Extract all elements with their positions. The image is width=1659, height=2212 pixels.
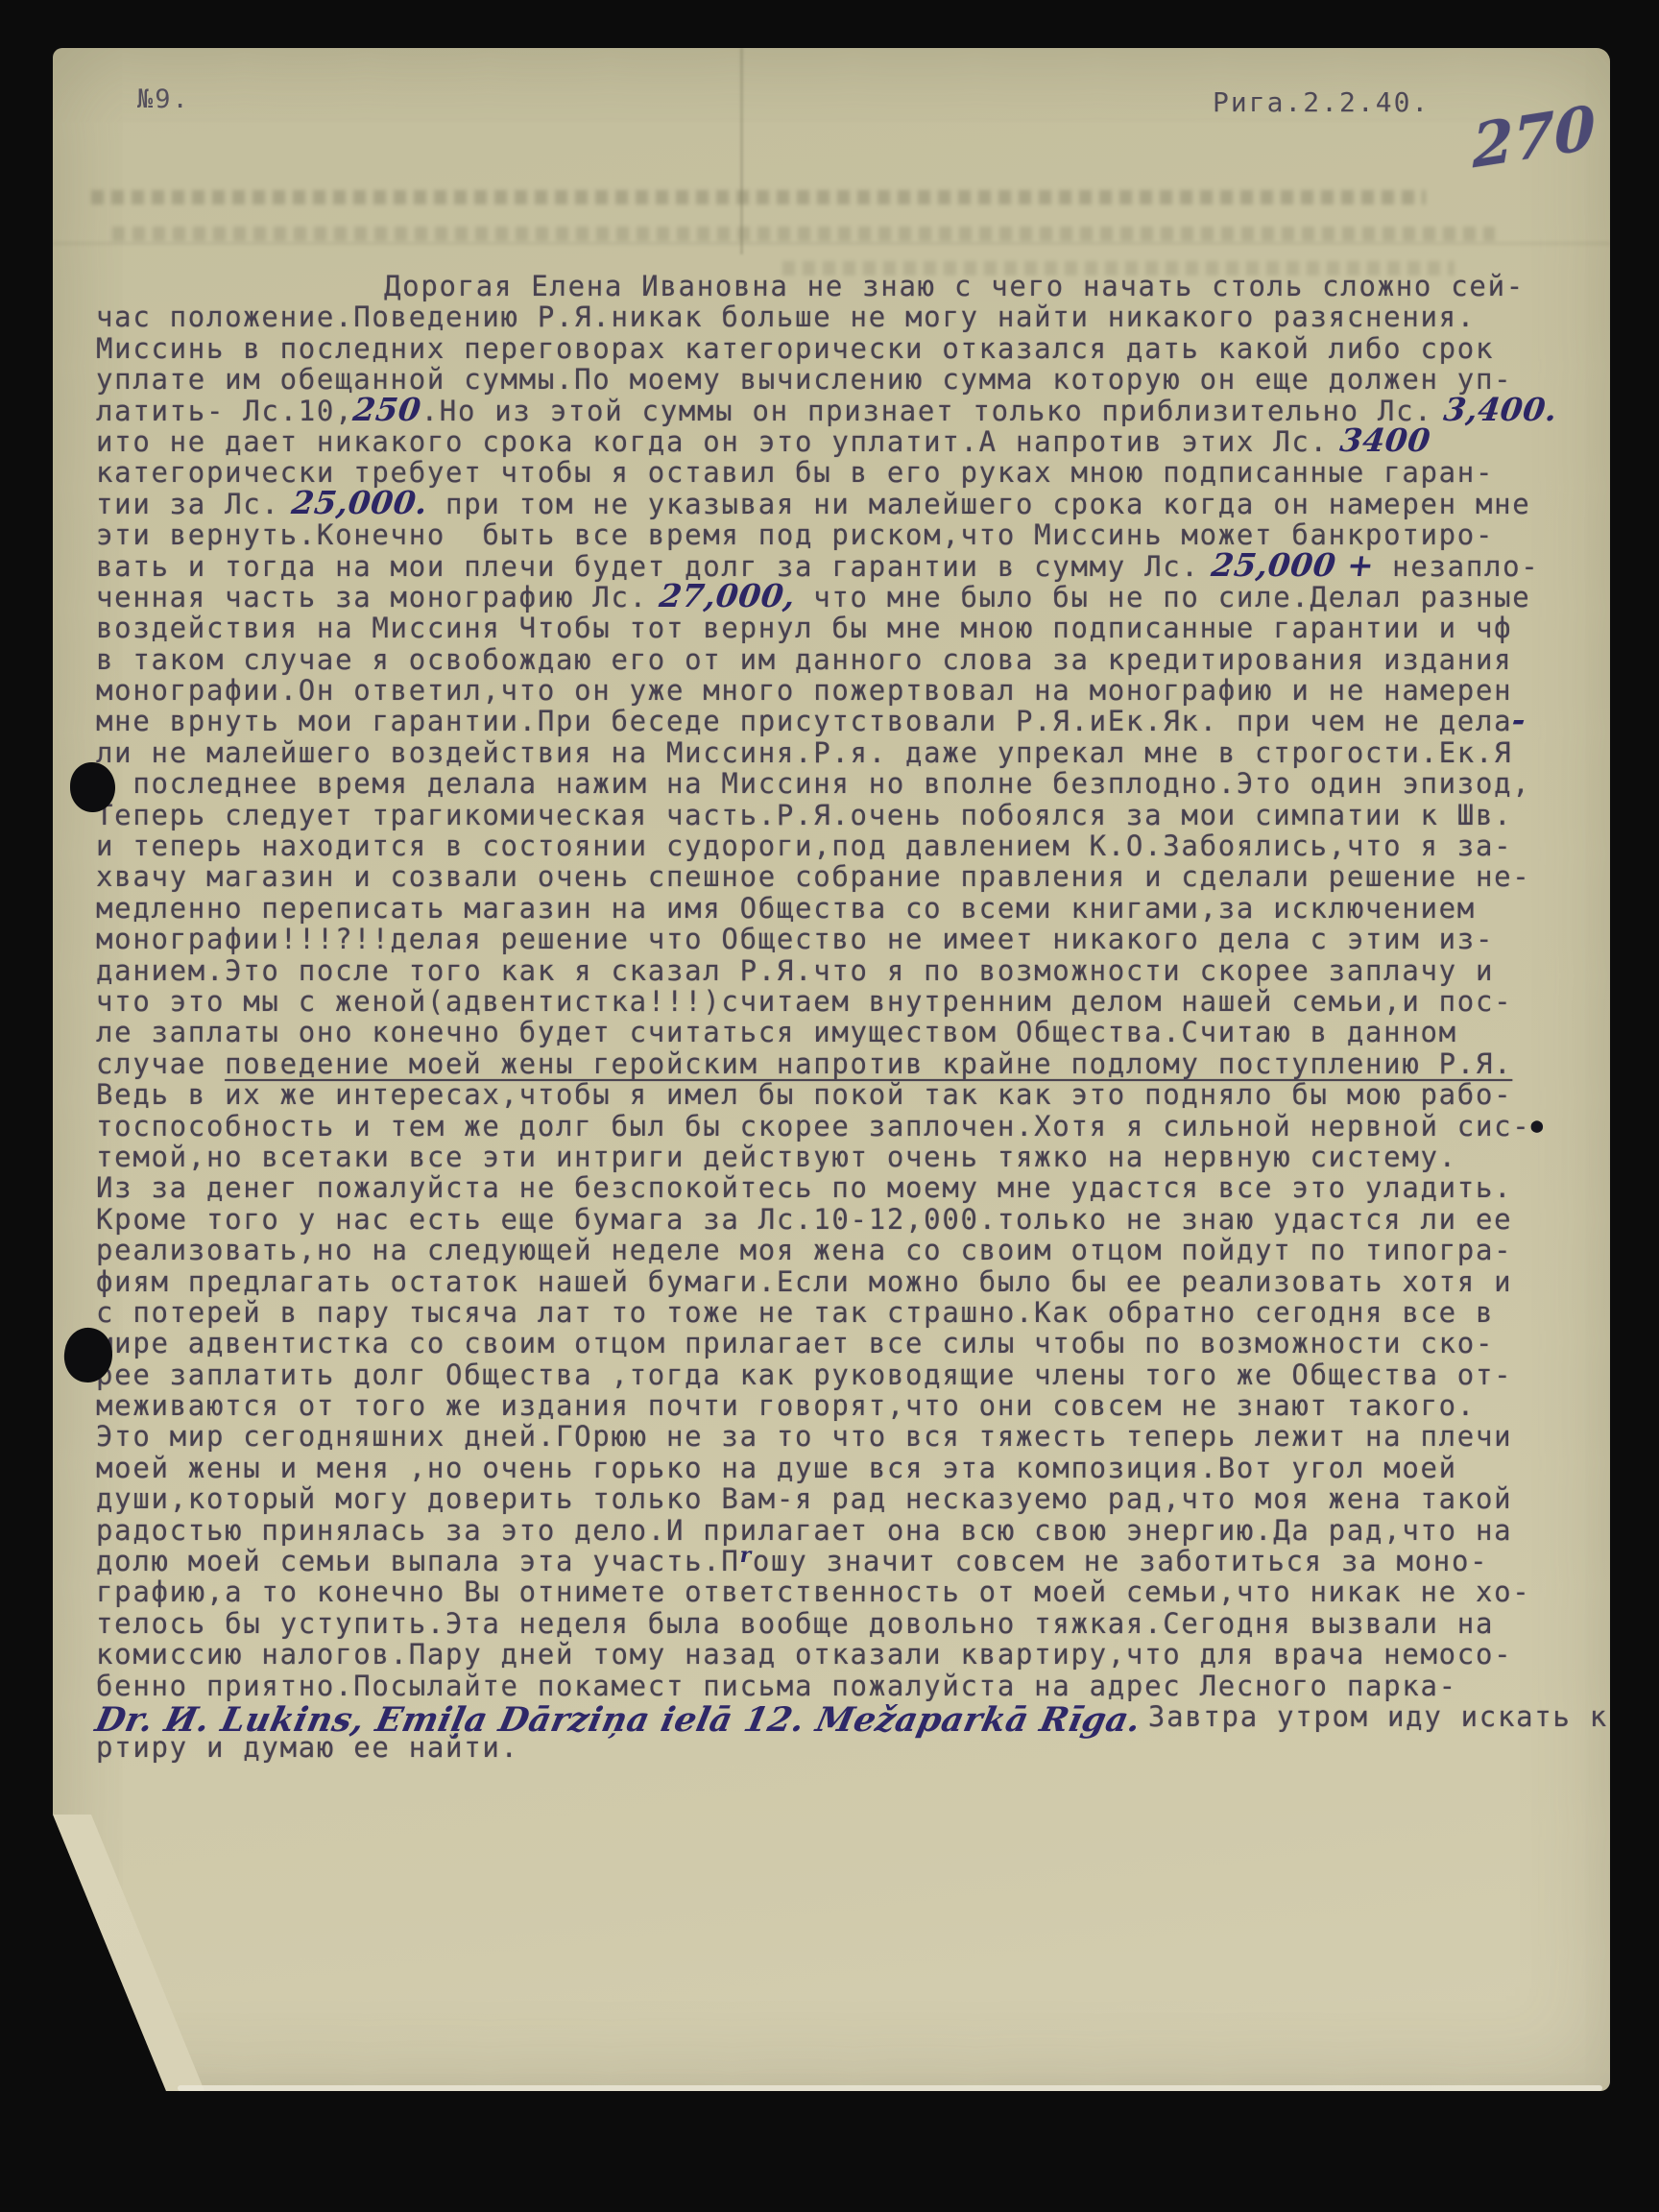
typed-text: медленно переписать магазин на имя Общес… <box>96 892 1476 925</box>
letter-line: Кроме того у нас есть еще бумага за Лс.1… <box>96 1204 1536 1235</box>
scan-background: №9. Рига.2.2.40. 270 Дорогая Елена Ивано… <box>0 0 1659 2212</box>
vertical-crease <box>740 48 743 254</box>
letter-line: ле заплаты оно конечно будет считаться и… <box>96 1017 1536 1047</box>
typed-text: .Но из этой суммы он признает только при… <box>421 395 1433 427</box>
letter-line: комиссию налогов.Пару дней тому назад от… <box>96 1639 1536 1670</box>
typed-text: ли не малейшего воздействия на Миссиня.Р… <box>96 736 1512 769</box>
typed-text: ле заплаты оно конечно будет считаться и… <box>96 1016 1457 1048</box>
typed-text: Ведь в их же интересах,чтобы я имел бы п… <box>96 1078 1512 1111</box>
letter-line: реализовать,но на следующей неделе моя ж… <box>96 1235 1536 1265</box>
typed-text: латить- Лс.10, <box>96 395 353 427</box>
letter-line: бенно приятно.Посылайте покамест письма … <box>96 1671 1536 1701</box>
typed-text: монографии.Он ответил,что он уже много п… <box>96 674 1512 707</box>
typed-text: ито не дает никакого срока когда он это … <box>96 425 1329 458</box>
typed-text: комиссию налогов.Пару дней тому назад от… <box>96 1638 1512 1671</box>
underlined-typed-text: поведение моей жены геройским напротив к… <box>225 1047 1512 1080</box>
typed-text: ошу значит совсем не заботиться за моно- <box>753 1545 1488 1577</box>
letter-page: №9. Рига.2.2.40. 270 Дорогая Елена Ивано… <box>53 48 1610 2091</box>
letter-line: данием.Это после того как я сказал Р.Я.ч… <box>96 955 1536 986</box>
letter-line: души,который могу доверить только Вам-я … <box>96 1483 1536 1514</box>
typed-text: что это мы с женой(адвентистка!!!)считае… <box>96 985 1512 1018</box>
typed-text: данием.Это после того как я сказал Р.Я.ч… <box>96 954 1494 987</box>
bleed-through-smudge <box>112 227 1495 241</box>
typed-text: меживаются от того же издания почти гово… <box>96 1389 1476 1422</box>
letter-line: моей жены и меня ,но очень горько на душ… <box>96 1453 1536 1483</box>
letter-line: долю моей семьи выпала эта участь.Пrошу … <box>96 1546 1536 1576</box>
letter-line: вать и тогда на мои плечи будет долг за … <box>96 551 1536 582</box>
typed-text: случае <box>96 1047 225 1080</box>
typed-text: Теперь следует трагикомическая часть.Р.Я… <box>96 799 1512 831</box>
letter-line: что это мы с женой(адвентистка!!!)считае… <box>96 986 1536 1017</box>
typed-text: тии за Лс. <box>96 488 280 520</box>
typed-text: радостью принялась за это дело.И прилага… <box>96 1514 1512 1547</box>
typed-text: Из за денег пожалуйста не безспокойтесь … <box>96 1171 1512 1204</box>
letter-line: латить- Лс.10,250.Но из этой суммы он пр… <box>96 396 1536 426</box>
typed-text: Дорогая Елена Ивановна не знаю с чего на… <box>384 270 1525 302</box>
typed-text: с потерей в пару тысяча лат то тоже не т… <box>96 1296 1494 1329</box>
letter-line: Dr. И. Lukins, Emiļa Dārziņa ielā 12. Me… <box>96 1701 1536 1732</box>
letter-line: час положение.Поведению Р.Я.никак больше… <box>96 301 1536 332</box>
letter-line: в последнее время делала нажим на Миссин… <box>96 768 1536 799</box>
typed-text: в последнее время делала нажим на Миссин… <box>96 767 1530 800</box>
typed-text: мне врнуть мои гарантии.При беседе прису… <box>96 705 1512 737</box>
letter-line: тоспособность и тем же долг был бы скоре… <box>96 1111 1536 1142</box>
letter-line: меживаются от того же издания почти гово… <box>96 1390 1536 1421</box>
letter-line: ито не дает никакого срока когда он это … <box>96 426 1536 457</box>
typed-text: монографии!!!?!!делая решение что Общест… <box>96 923 1494 955</box>
letter-line: темой,но всетаки все эти интриги действу… <box>96 1142 1536 1172</box>
letter-line: телось бы уступить.Эта неделя была вообщ… <box>96 1608 1536 1639</box>
typed-text: воздействия на Миссиня Чтобы тот вернул … <box>96 612 1512 644</box>
typed-text: хвачу магазин и созвали очень спешное со… <box>96 860 1530 893</box>
letter-line: Это мир сегодняшних дней.ГОрюю не за то … <box>96 1421 1536 1452</box>
typed-text: бенно приятно.Посылайте покамест письма … <box>96 1670 1457 1702</box>
letter-line: мире адвентистка со своим отцом прилагае… <box>96 1328 1536 1358</box>
typed-text: рее заплатить долг Общества ,тогда как р… <box>96 1358 1512 1391</box>
typed-text: Миссинь в последних переговорах категори… <box>96 332 1494 365</box>
letter-line: хвачу магазин и созвали очень спешное со… <box>96 861 1536 892</box>
typed-text: мире адвентистка со своим отцом прилагае… <box>96 1327 1494 1359</box>
letter-line: графию,а то конечно Вы отнимете ответств… <box>96 1576 1536 1607</box>
typed-text: Завтра утром иду искать ква- <box>1148 1700 1659 1733</box>
punch-hole-top <box>70 762 115 812</box>
archive-page-number-handwritten: 270 <box>1472 92 1596 182</box>
letter-line: в таком случае я освобождаю его от им да… <box>96 644 1536 675</box>
typed-text: реализовать,но на следующей неделе моя ж… <box>96 1234 1512 1266</box>
letter-line: Из за денег пожалуйста не безспокойтесь … <box>96 1172 1536 1203</box>
typed-text: фиям предлагать остаток нашей бумаги.Есл… <box>96 1265 1512 1298</box>
letter-line: тии за Лс. 25,000. при том не указывая н… <box>96 489 1536 519</box>
letter-line: медленно переписать магазин на имя Общес… <box>96 893 1536 924</box>
typed-text: графию,а то конечно Вы отнимете ответств… <box>96 1575 1530 1608</box>
letter-line: Миссинь в последних переговорах категори… <box>96 333 1536 364</box>
typed-text: час положение.Поведению Р.Я.никак больше… <box>96 301 1476 333</box>
letter-line: радостью принялась за это дело.И прилага… <box>96 1515 1536 1546</box>
typed-text: телось бы уступить.Эта неделя была вообщ… <box>96 1607 1494 1640</box>
typed-text: вать и тогда на мои плечи будет долг за … <box>96 550 1200 583</box>
typed-text: при том не указывая ни малейшего срока к… <box>427 488 1531 520</box>
typed-text: уплате им обещанной суммы.По моему вычис… <box>96 363 1512 396</box>
letter-line: случае поведение моей жены геройским нап… <box>96 1048 1536 1079</box>
letter-number: №9. <box>137 84 190 114</box>
typed-text: долю моей семьи выпала эта участь.П <box>96 1545 740 1577</box>
typed-text: и теперь находится в состоянии судороги,… <box>96 829 1512 862</box>
letter-line: монографии.Он ответил,что он уже много п… <box>96 675 1536 706</box>
typed-text: в таком случае я освобождаю его от им да… <box>96 643 1512 676</box>
letter-body: Дорогая Елена Ивановна не знаю с чего на… <box>96 271 1536 1764</box>
letter-line: ченная часть за монографию Лс. 27,000, ч… <box>96 582 1536 613</box>
typed-text: моей жены и меня ,но очень горько на душ… <box>96 1452 1457 1484</box>
dateline: Рига.2.2.40. <box>1213 86 1430 118</box>
letter-line: Ведь в их же интересах,чтобы я имел бы п… <box>96 1079 1536 1110</box>
letter-line: ли не малейшего воздействия на Миссиня.Р… <box>96 737 1536 768</box>
typed-text: души,который могу доверить только Вам-я … <box>96 1482 1512 1515</box>
letter-line: уплате им обещанной суммы.По моему вычис… <box>96 364 1536 395</box>
bleed-through-smudge <box>91 190 1426 204</box>
typed-text: Кроме того у нас есть еще бумага за Лс.1… <box>96 1203 1512 1236</box>
letter-line: и теперь находится в состоянии судороги,… <box>96 830 1536 861</box>
letter-line: рее заплатить долг Общества ,тогда как р… <box>96 1359 1536 1390</box>
letter-line: Дорогая Елена Ивановна не знаю с чего на… <box>96 271 1536 301</box>
typed-text: что мне было бы не по силе.Делал разные <box>795 581 1530 613</box>
letter-line: монографии!!!?!!делая решение что Общест… <box>96 924 1536 954</box>
typed-text: темой,но всетаки все эти интриги действу… <box>96 1141 1457 1173</box>
horizontal-fold-crease <box>53 242 1610 245</box>
letter-line: фиям предлагать остаток нашей бумаги.Есл… <box>96 1266 1536 1297</box>
letter-line: с потерей в пару тысяча лат то тоже не т… <box>96 1297 1536 1328</box>
typed-text: Это мир сегодняшних дней.ГОрюю не за то … <box>96 1420 1512 1453</box>
typed-text: тоспособность и тем же долг был бы скоре… <box>96 1110 1530 1142</box>
typed-text: ченная часть за монографию Лс. <box>96 581 648 613</box>
letter-line: мне врнуть мои гарантии.При беседе прису… <box>96 706 1536 736</box>
letter-line: воздействия на Миссиня Чтобы тот вернул … <box>96 613 1536 643</box>
letter-line: Теперь следует трагикомическая часть.Р.Я… <box>96 800 1536 830</box>
typed-text: незапло- <box>1374 550 1539 583</box>
